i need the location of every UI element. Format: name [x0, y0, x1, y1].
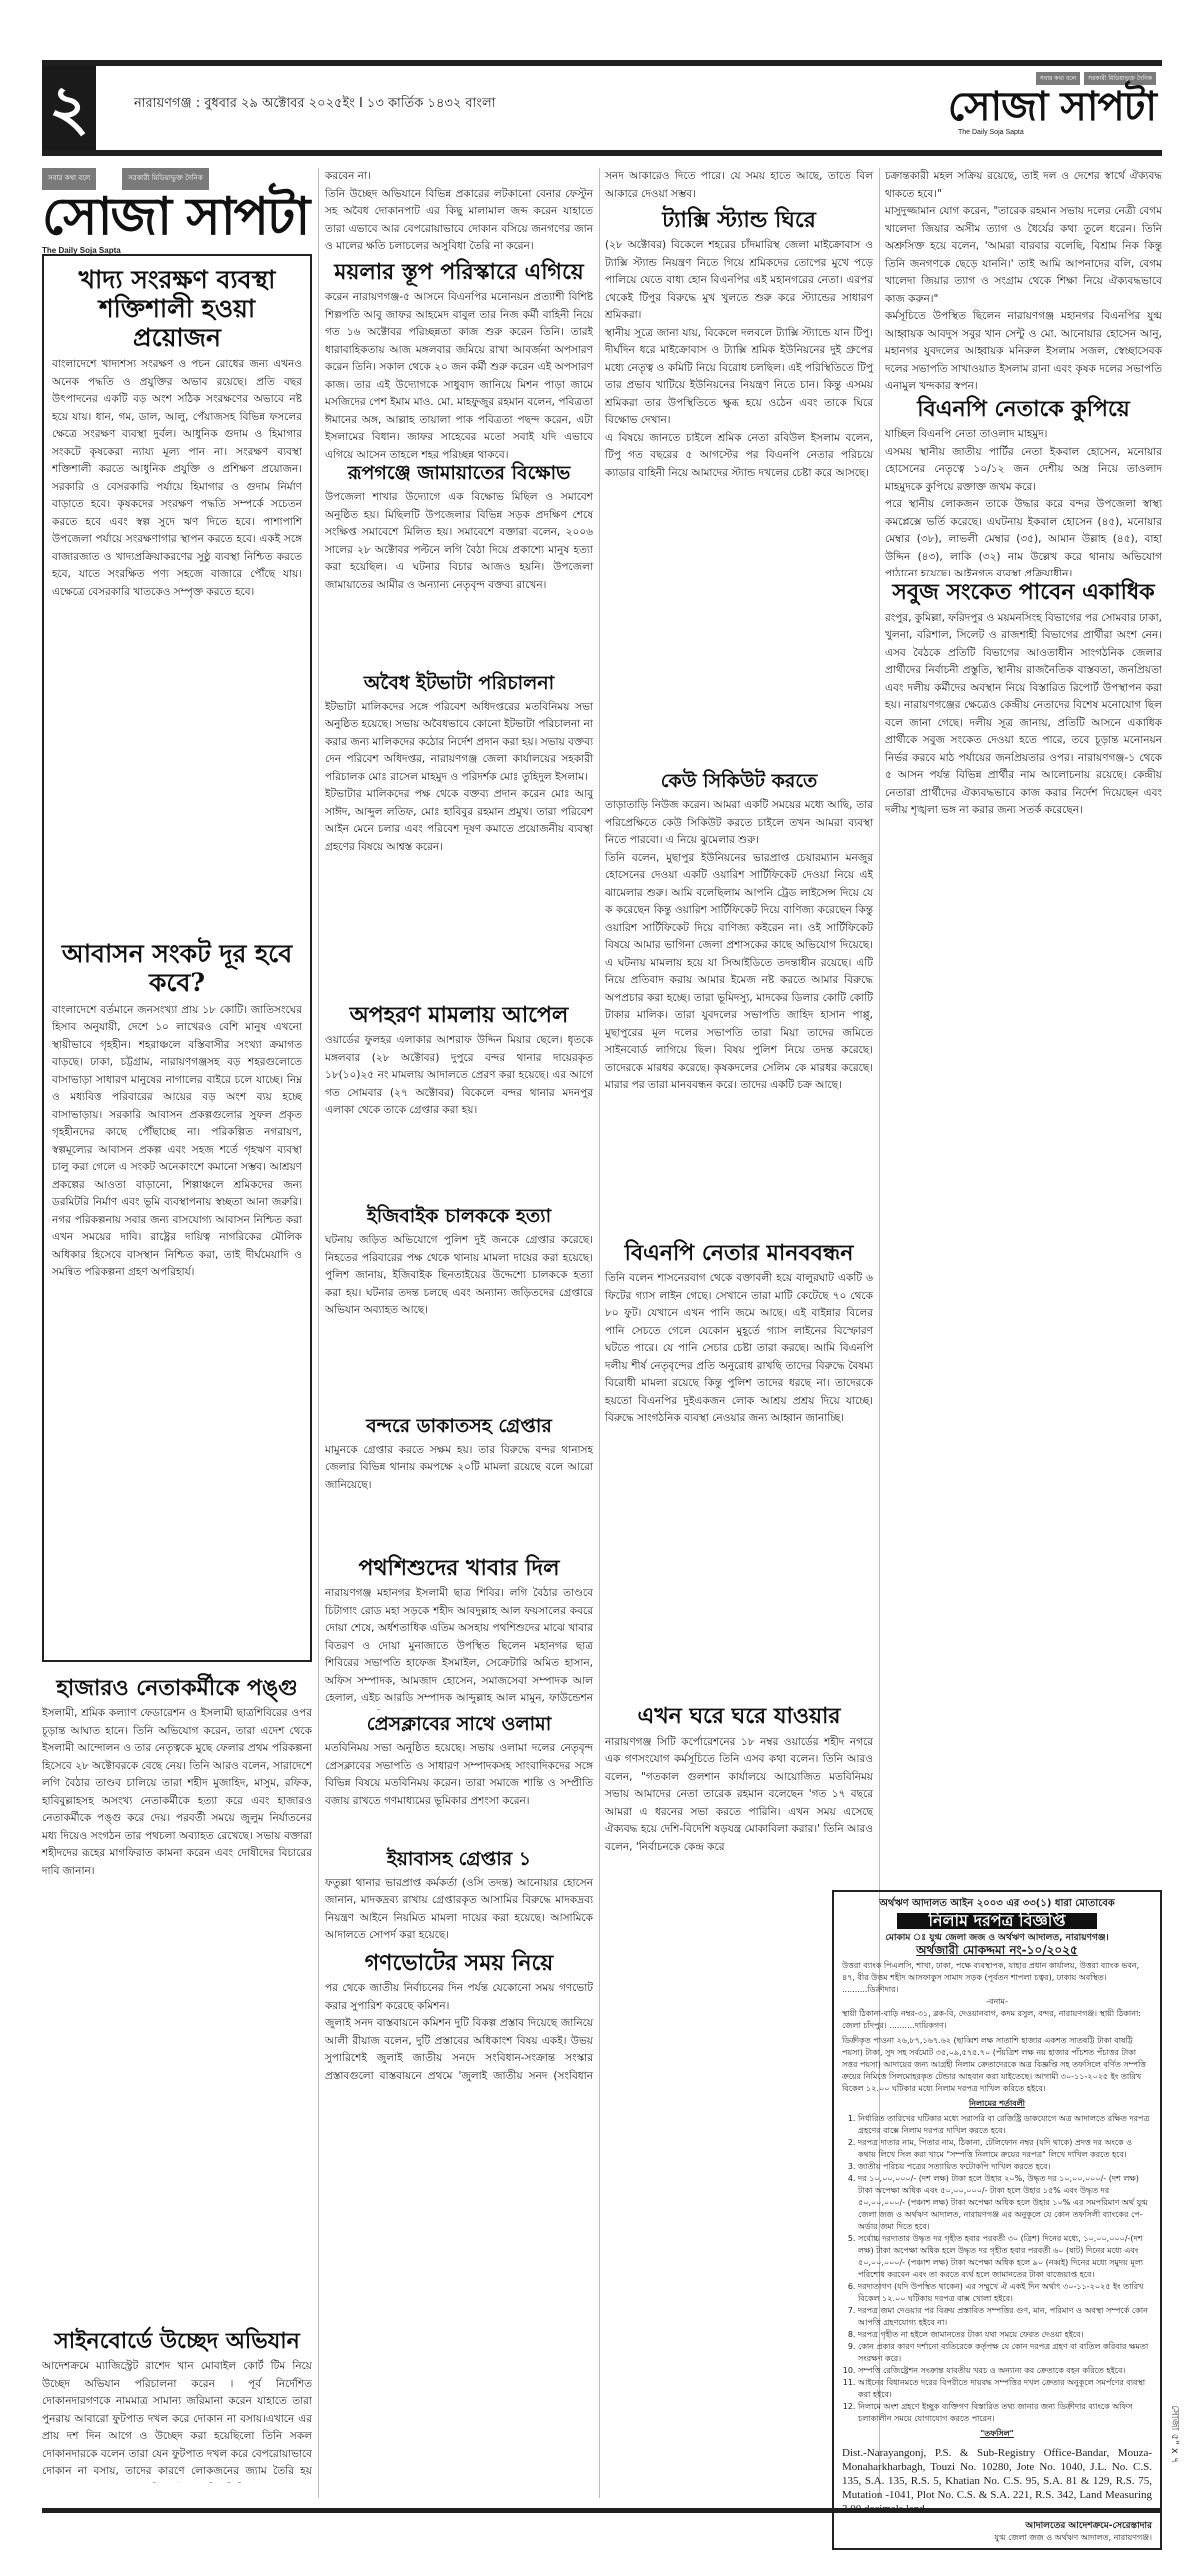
article-body: রংপুর, কুমিল্লা, ফরিদপুর ও ময়মনসিংহ বিভ… [885, 610, 1162, 1810]
logo-name: সোজা সাপটা [42, 192, 312, 242]
article-body: যাচ্ছিল বিএনপি নেতা তাওলাদ মাহমুদ। এসময়… [885, 426, 1162, 576]
article-headline: কেউ সিকিউট করতে [605, 771, 873, 793]
article-headline: সবুজ সংকেত পাবেন একাধিক [885, 580, 1162, 605]
condition-item: জাতীয় পরিচয় পত্রের সত্যায়িত ফটোকপি দা… [858, 2161, 1152, 2173]
editorial-box: খাদ্য সংরক্ষণ ব্যবস্থা শক্তিশালী হওয়া প… [42, 254, 312, 1662]
article-headline: খাদ্য সংরক্ষণ ব্যবস্থা শক্তিশালী হওয়া প… [52, 266, 302, 352]
condition-item: দরপত্র গৃহীত না হইলে জামানতের টাকা যথা স… [858, 2329, 1152, 2341]
article-body: ফতুল্লা থানার ভারপ্রাপ্ত কর্মকর্তা (ওসি … [325, 1875, 593, 1947]
logo-name: সোজা সাপটা [946, 85, 1156, 129]
notice-plaintiff: উত্তরা ব্যাংক পিএলসি, শাখা, ঢাকা, পক্ষে … [842, 1960, 1152, 1996]
column-divider [599, 168, 600, 2498]
notice-defendant: স্থায়ী ঠিকানা-বাড়ি নম্বর-৩১, ব্লক-বি, … [842, 2008, 1152, 2032]
article-body: তিনি বলেন শাসনেরবাগ থেকে বক্তাবলী হয়ে ব… [605, 1270, 873, 1700]
article-headline: রূপগঞ্জে জামায়াতের বিক্ষোভ [325, 463, 593, 485]
article-headline: হাজারও নেতাকর্মীকে পঙ্গু [42, 1676, 312, 1701]
notice-conditions-title: নিলামের শর্তাবলী [842, 2098, 1152, 2110]
notice-schedule-english: Dist.-Narayangonj, P.S. & Sub-Registry O… [842, 2446, 1152, 2516]
condition-item: আইনের বিধানমতে দরের বিপরীতে দায়বদ্ধ সম্… [858, 2377, 1152, 2401]
article-headline: আবাসন সংকট দূর হবে কবে? [52, 940, 302, 998]
article-headline: গণভোটের সময় নিয়ে [325, 1951, 593, 1976]
article-body: মতবিনিময় সভা অনুষ্ঠিত হয়েছে। সভায় ওলা… [325, 1740, 593, 1845]
article-body: নারায়ণগঞ্জ মহানগর ইসলামী ছাত্র শিবির। ল… [325, 1585, 593, 1710]
auction-notice: অর্থঋণ আদালত আইন ২০০৩ এর ৩৩(১) ধারা মোতা… [832, 1890, 1162, 2550]
logo-english: The Daily Soja Sapta [946, 129, 1156, 136]
condition-item: কোন প্রকার কারণ দর্শানো ব্যতিরেকে কর্তৃপ… [858, 2341, 1152, 2365]
article-body: ওয়ার্ডের ফুলহর এলাকার আশরাফ উদ্দিন মিয়… [325, 1032, 593, 1202]
article-body: বাংলাদেশে খাদ্যশস্য সংরক্ষণ ও পচন রোধের … [52, 356, 302, 936]
notice-case-number: অর্থজারী মোকদ্দমা নং-১০/২০২৫ [842, 1944, 1152, 1956]
article-body: তাড়াতাড়ি নিউজ করেন। আমরা একটি সময়ের ম… [605, 797, 873, 1237]
article-headline: অপহরণ মামলায় আপেল [325, 1003, 593, 1028]
article-headline: বন্দরে ডাকাতসহ গ্রেপ্তার [325, 1416, 593, 1438]
condition-item: দরপত্র দাতার নাম, পিতার নাম, ঠিকানা, টেল… [858, 2137, 1152, 2161]
masthead: ২ নারায়ণগঞ্জ : বুধবার ২৯ অক্টোবর ২০২৫ইং… [42, 60, 1162, 156]
notice-legal-basis: অর্থঋণ আদালত আইন ২০০৩ এর ৩৩(১) ধারা মোতা… [842, 1898, 1152, 1910]
article-body: বাংলাদেশে বর্তমানে জনসংখ্যা প্রায় ১৮ কো… [52, 1002, 302, 1652]
article-headline: ময়লার স্তূপ পরিস্কারে এগিয়ে [325, 260, 593, 285]
article-headline: এখন ঘরে ঘরে যাওয়ার [605, 1704, 873, 1729]
page-number: ২ [42, 66, 96, 150]
article-headline: ইজিবাইক চালককে হত্যা [325, 1206, 593, 1228]
article-body: ইটভাটা মালিকদের সঙ্গে পরিবেশ অধিদপ্তরের … [325, 699, 593, 999]
notice-versus: -বনাম- [842, 1996, 1152, 2008]
article-headline: অবৈধ ইটভাটা পরিচালনা [325, 673, 593, 695]
article-body: ঘটনায় জড়িত অভিযোগে পুলিশ দুই জনকে গ্রে… [325, 1232, 593, 1412]
article-continuation: করবেন না। তিনি উচ্ছেদ অভিযানে বিভিন্ন প্… [325, 168, 593, 256]
article-body: উপজেলা শাখার উদ্যোগে এক বিক্ষোভ মিছিল ও … [325, 489, 593, 669]
column-4: চক্রান্তকারী মহল সক্রিয় রয়েছে, তাই দল … [885, 168, 1162, 1810]
article-headline: সাইনবোর্ডে উচ্ছেদ অভিযান [42, 2329, 312, 2354]
article-continuation: চক্রান্তকারী মহল সক্রিয় রয়েছে, তাই দল … [885, 168, 1162, 393]
notice-schedule-title: "তফসিল" [842, 2428, 1152, 2440]
article-body: আদেশক্রমে ম্যাজিস্ট্রেট রাশেদ খান মোবাইল… [42, 2358, 312, 2483]
article-continuation: সনদ আকারেও দিতে পারে। যে সময় হাতে আছে, … [605, 168, 873, 204]
article-body: (২৮ অক্টোবর) বিকেলে শহরের চাঁদমারিস্থ জে… [605, 237, 873, 767]
dateline: নারায়ণগঞ্জ : বুধবার ২৯ অক্টোবর ২০২৫ইং I… [134, 94, 496, 115]
column-2: করবেন না। তিনি উচ্ছেদ অভিযানে বিভিন্ন প্… [325, 168, 593, 2085]
article-headline: বিএনপি নেতার মানববন্ধন [605, 1241, 873, 1266]
condition-item: দরদাতাগণ (যদি উপস্থিত থাকেন) এর সম্মুখে … [858, 2281, 1152, 2305]
condition-item: নির্ধারিত তারিখের ঘটিকার মধ্যে সরাসরি বা… [858, 2113, 1152, 2137]
article-headline: প্রেসক্লাবের সাথে ওলামা [325, 1714, 593, 1736]
header-logo: সবার কথা বলে সরকারী মিডিয়াভুক্ত দৈনিক স… [946, 72, 1156, 144]
article-headline: ইয়াবাসহ গ্রেপ্তার ১ [325, 1849, 593, 1871]
article-body: ইসলামী, শ্রমিক কল্যাণ ফেডারেশন ও ইসলামী … [42, 1705, 312, 2325]
condition-item: দরপত্র জমা দেওয়ার পর বিক্রয় প্রস্তাবিত… [858, 2305, 1152, 2329]
column-divider [318, 168, 319, 2498]
article-body: পর থেকে জাতীয় নির্বাচনের দিন পর্যন্ত যে… [325, 1980, 593, 2085]
article-body: মামুনকে গ্রেপ্তার করতে সক্ষম হয়। তার বি… [325, 1442, 593, 1552]
column-logo: সবার কথা বলে সরকারী মিডিয়াভুক্ত দৈনিক স… [42, 168, 312, 242]
article-headline: বিএনপি নেতাকে কুপিয়ে [885, 397, 1162, 422]
bottom-rule [42, 2508, 1162, 2513]
article-headline: পথশিশুদের খাবার দিল [325, 1556, 593, 1581]
column-1: সবার কথা বলে সরকারী মিডিয়াভুক্ত দৈনিক স… [42, 168, 312, 2483]
article-headline: ট্যাক্সি স্ট্যান্ড ঘিরে [605, 208, 873, 233]
condition-item: সর্বোচ্চ দরদাতার উদ্ধৃত দর গৃহীত হবার পর… [858, 2233, 1152, 2281]
condition-item: দর ১০,০০,০০০/- (দশ লক্ষ) টাকা হলে উহার ২… [858, 2173, 1152, 2233]
notice-claim: ডিক্রীকৃত পাওনা ২৬,৮৭,১৬৭.৬২ (ছাব্বিশ লক… [842, 2035, 1152, 2095]
notice-banner: নিলাম দরপত্র বিজ্ঞপ্তি [897, 1913, 1097, 1929]
notice-conditions-list: নির্ধারিত তারিখের ঘটিকার মধ্যে সরাসরি বা… [842, 2113, 1152, 2425]
condition-item: সম্পত্তি রেজিষ্ট্রেশন সংক্রান্ত যাবতীয় … [858, 2365, 1152, 2377]
article-body: করেন নারায়ণগঞ্জ-৫ আসনে বিএনপির মনোনয়ন … [325, 289, 593, 459]
notice-signature-title: আদালতের আদেশক্রমে-সেরেস্তাদার [842, 2520, 1152, 2532]
notice-signature-court: যুগ্ম জেলা জজ ও অর্থঋণ আদালত, নারায়ণগঞ্… [842, 2532, 1152, 2544]
condition-item: নিলামে অংশ গ্রহণে ইচ্ছুক ব্যক্তিগণ বিস্ত… [858, 2401, 1152, 2425]
ad-size-mark: সোজা ৫" x ৭ [1168, 2405, 1182, 2485]
